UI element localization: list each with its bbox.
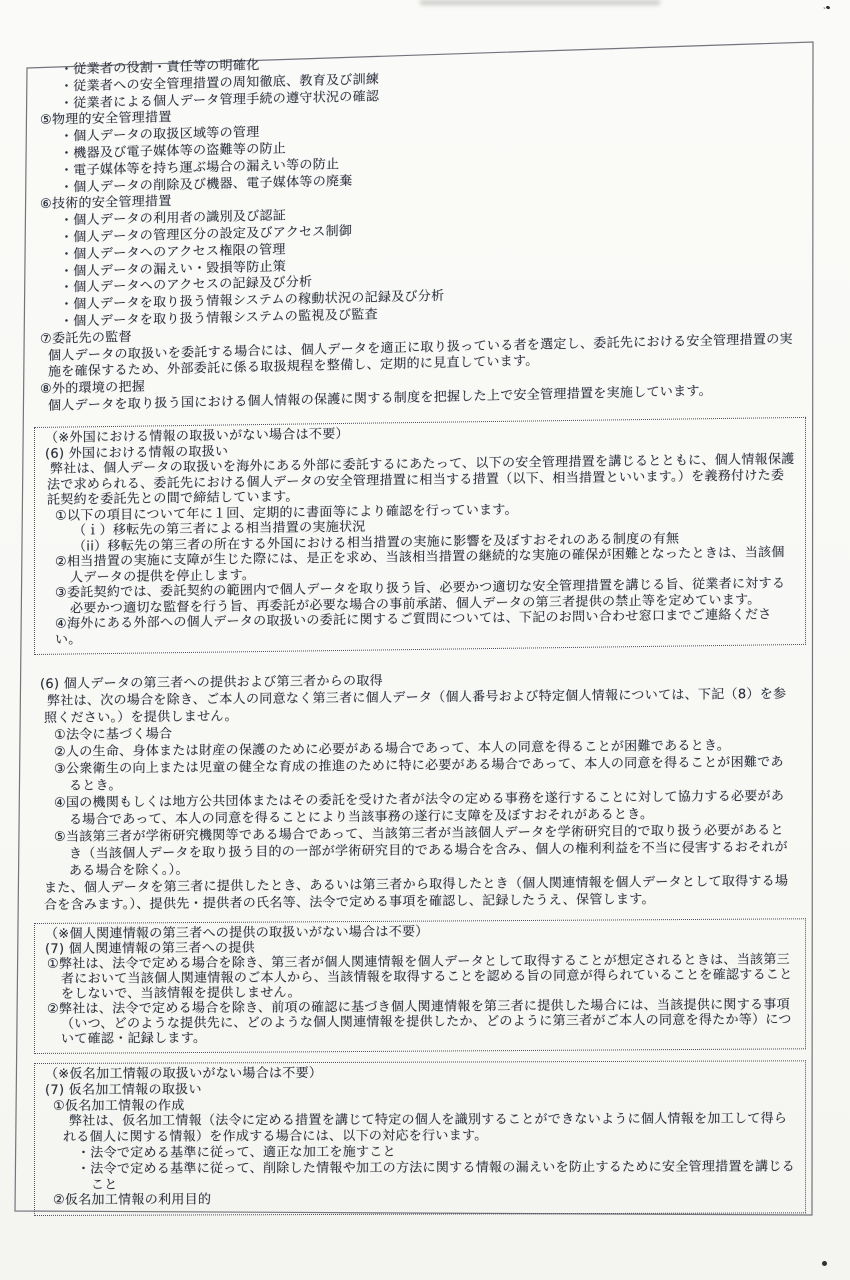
paragraph: また、個人データを第三者に提供したとき、あるいは第三者から取得したとき（個人関連… bbox=[44, 873, 796, 914]
security-measures-section: ・従業者の役割・責任等の明確化 ・従業者への安全管理措置の周知徹底、教育及び訓練… bbox=[40, 46, 802, 416]
numbered-item: ⑤当該第三者が学術研究機関等である場合であって、当該第三者が当該個人データを学術… bbox=[54, 822, 796, 880]
list-item: ・法令で定める基準に従って、削除した情報や加工の方法に関する情報の漏えいを防止す… bbox=[77, 1159, 797, 1193]
sub-heading: ②仮名加工情報の利用目的 bbox=[53, 1191, 797, 1209]
scan-top-smudge bbox=[420, 0, 660, 5]
foreign-handling-note-box: （※外国における情報の取扱いがない場合は不要） (6) 外国における情報の取扱い… bbox=[34, 417, 806, 655]
scanned-document-page: ・従業者の役割・責任等の明確化 ・従業者への安全管理措置の周知徹底、教育及び訓練… bbox=[0, 0, 850, 1280]
numbered-item: ①弊社は、法令で定める場合を除き、第三者が個人関連情報を個人データとして取得する… bbox=[47, 952, 797, 1002]
pseudonym-info-note-box: （※仮名加工情報の取扱いがない場合は不要） (7) 仮名加工情報の取扱い ①仮名… bbox=[34, 1060, 806, 1216]
related-info-note-box: （※個人関連情報の第三者への提供の取扱いがない場合は不要） (7) 個人関連情報… bbox=[34, 918, 806, 1054]
third-party-provision-section: (6) 個人データの第三者への提供および第三者からの取得 弊社は、次の場合を除き… bbox=[40, 669, 796, 914]
numbered-item: ②弊社は、法令で定める場合を除き、前項の確認に基づき個人関連情報を第三者に提供し… bbox=[47, 997, 797, 1047]
scan-speck-top-right bbox=[826, 5, 831, 9]
paragraph: 弊社は、仮名加工情報（法令に定める措置を講じて特定の個人を識別することができない… bbox=[63, 1112, 797, 1146]
scan-speck-bottom-right bbox=[822, 1261, 827, 1266]
